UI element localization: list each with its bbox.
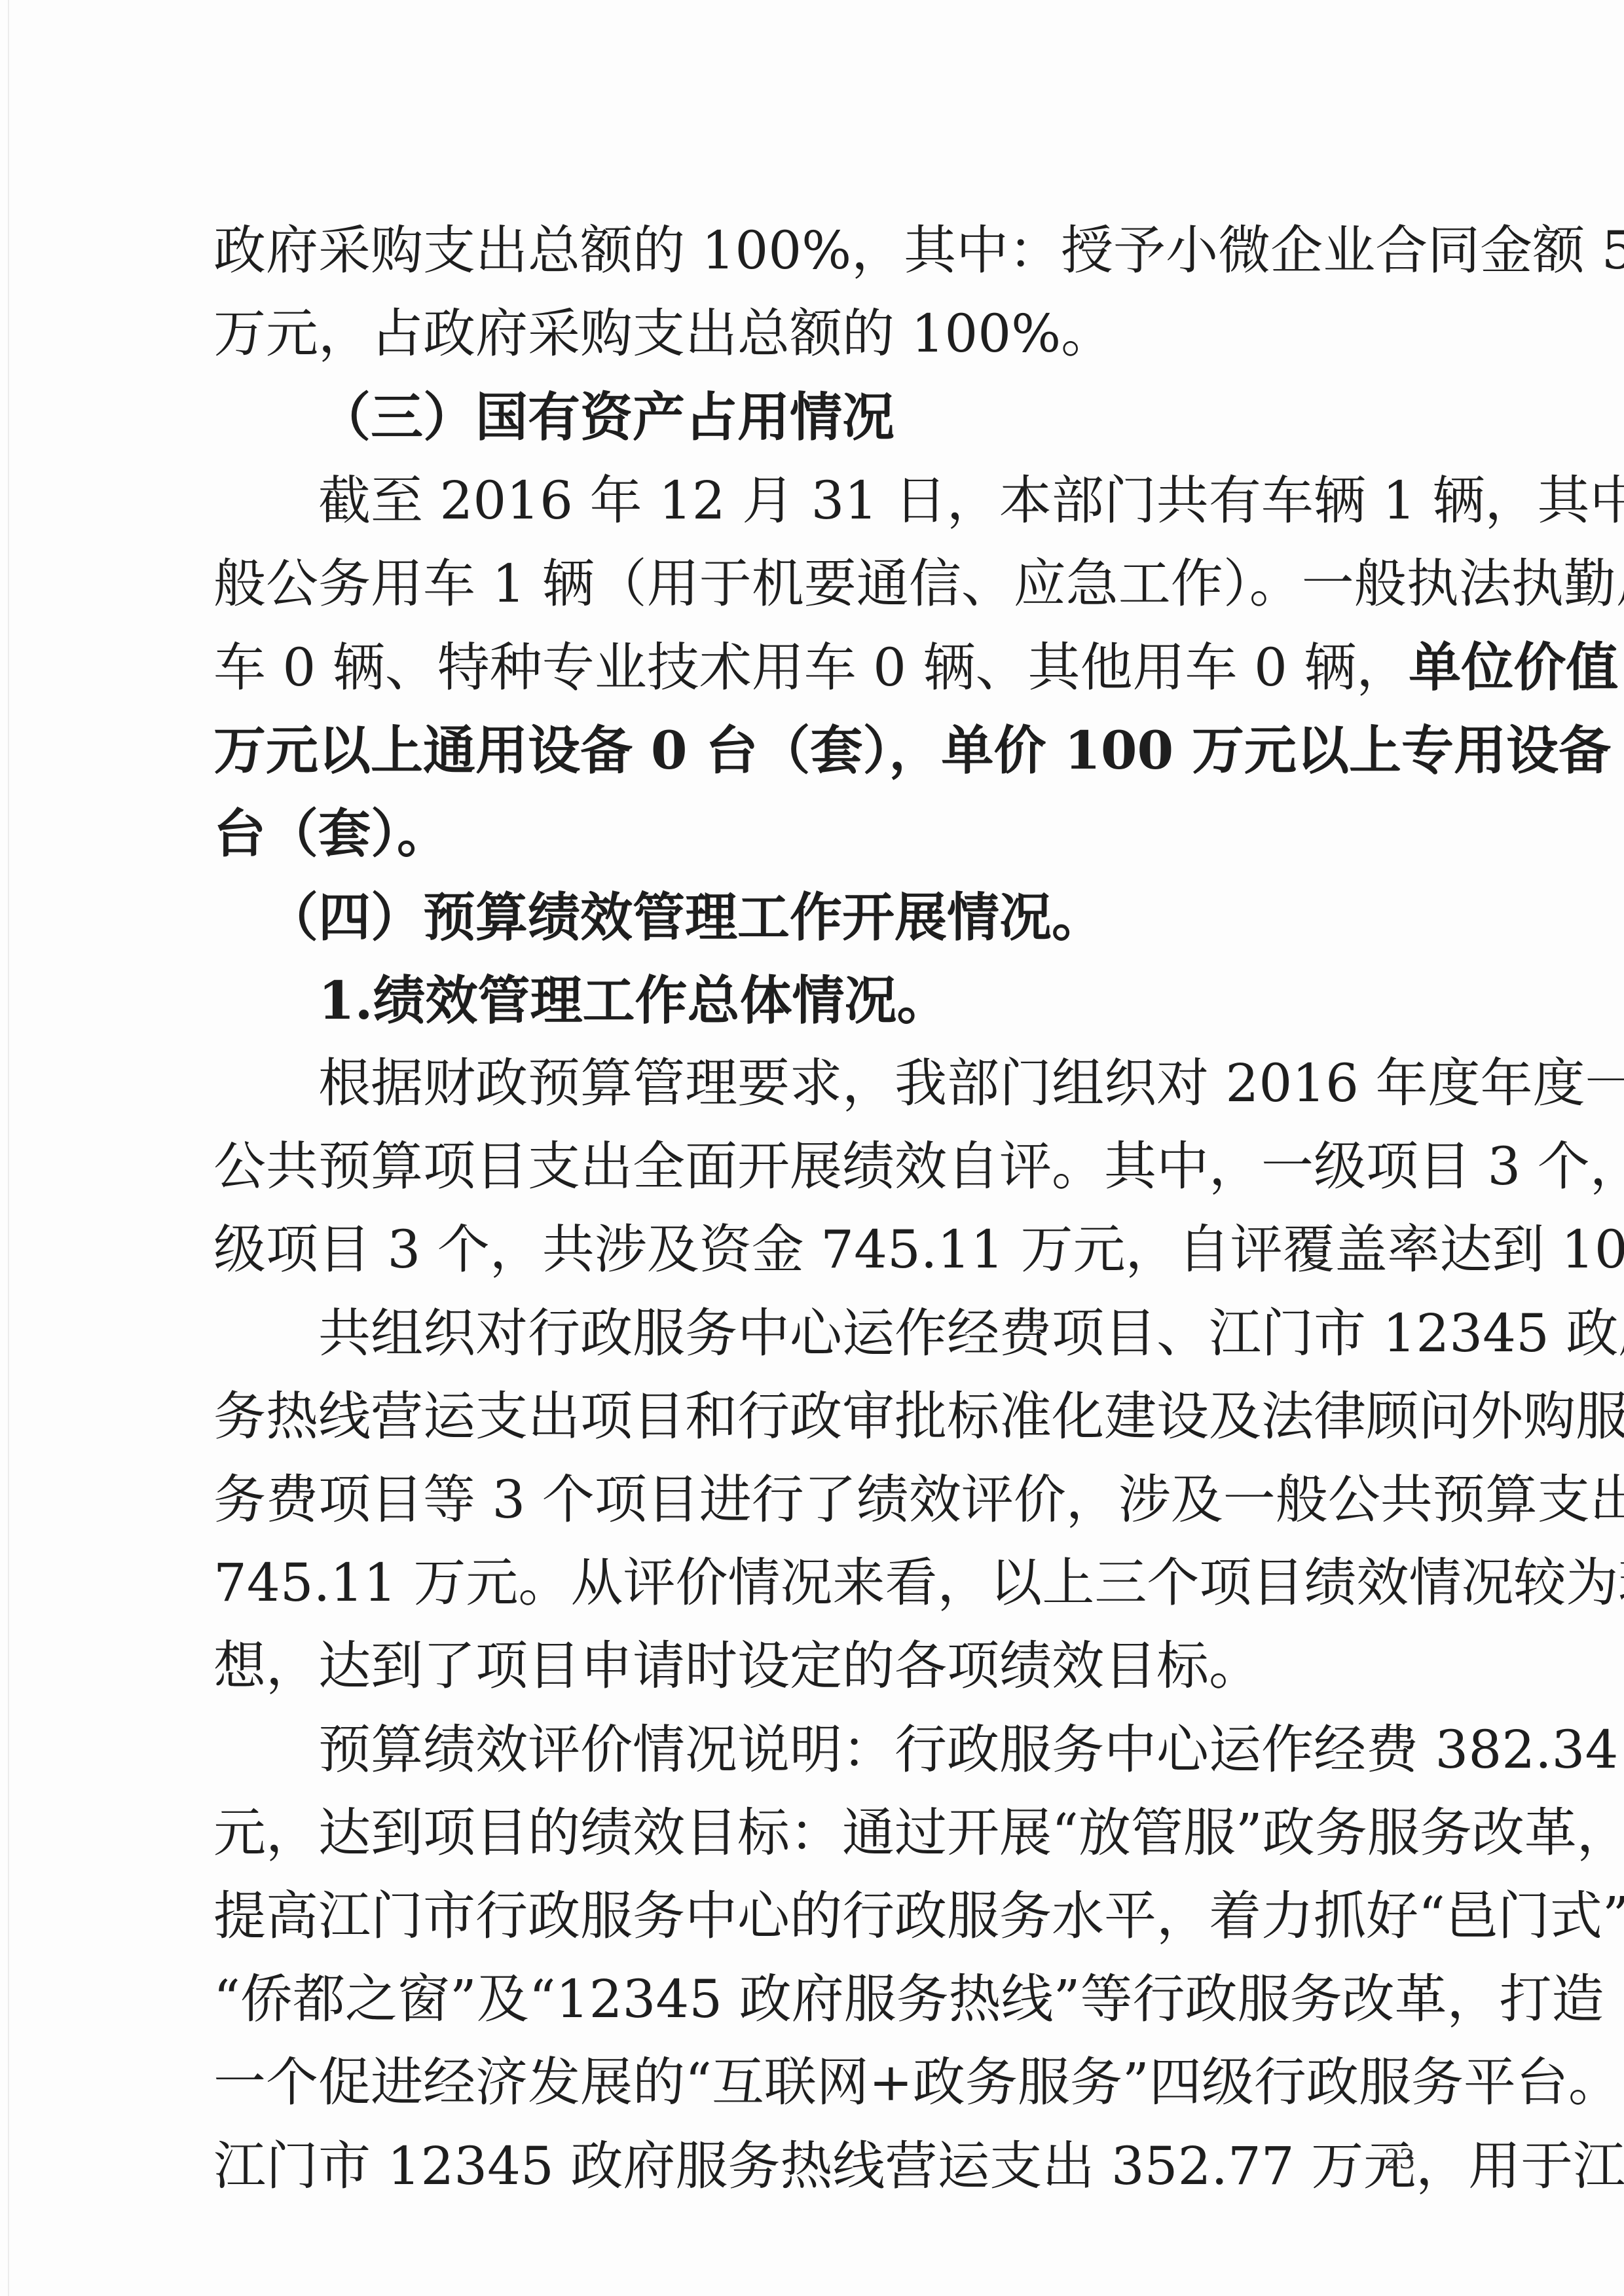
bold-text-segment: 单位价值 50 bbox=[1409, 636, 1624, 698]
text-segment: 根据财政预算管理要求，我部门组织对 2016 年度年度一般 bbox=[318, 1053, 1624, 1114]
text-segment: 745.11 万元。从评价情况来看，以上三个项目绩效情况较为理 bbox=[213, 1552, 1624, 1613]
text-line: 台（套）。 bbox=[213, 797, 1414, 869]
text-segment: 公共预算项目支出全面开展绩效自评。其中，一级项目 3 个，二 bbox=[213, 1136, 1624, 1197]
text-segment: 般公务用车 1 辆（用于机要通信、应急工作）。一般执法执勤用 bbox=[213, 553, 1624, 614]
text-line: 想，达到了项目申请时设定的各项绩效目标。 bbox=[213, 1630, 1414, 1702]
text-segment: 预算绩效评价情况说明：行政服务中心运作经费 382.34 万 bbox=[318, 1719, 1624, 1780]
text-line: 车 0 辆、特种专业技术用车 0 辆、其他用车 0 辆，单位价值 50 bbox=[213, 631, 1414, 703]
section-heading: （三）国有资产占用情况 bbox=[318, 381, 1414, 453]
section-heading: 1.绩效管理工作总体情况。 bbox=[318, 964, 1414, 1036]
text-segment: 提高江门市行政服务中心的行政服务水平，着力抓好“邑门式”、 bbox=[213, 1886, 1624, 1946]
text-segment: 想，达到了项目申请时设定的各项绩效目标。 bbox=[213, 1635, 1261, 1696]
section-heading: （四）预算绩效管理工作开展情况。 bbox=[266, 881, 1414, 953]
text-segment: 一个促进经济发展的“互联网+政务服务”四级行政服务平台。 bbox=[213, 2052, 1621, 2113]
text-segment: 政府采购支出总额的 100%，其中：授予小微企业合同金额 584.62 bbox=[213, 220, 1624, 281]
text-line: 公共预算项目支出全面开展绩效自评。其中，一级项目 3 个，二 bbox=[213, 1131, 1414, 1203]
bold-text-segment: （四）预算绩效管理工作开展情况。 bbox=[266, 886, 1104, 948]
document-page: 政府采购支出总额的 100%，其中：授予小微企业合同金额 584.62万元，占政… bbox=[0, 0, 1624, 2296]
text-line: 预算绩效评价情况说明：行政服务中心运作经费 382.34 万 bbox=[318, 1714, 1414, 1786]
text-segment: 务费项目等 3 个项目进行了绩效评价，涉及一般公共预算支出 bbox=[213, 1469, 1624, 1530]
text-line: 万元，占政府采购支出总额的 100%。 bbox=[213, 298, 1414, 370]
text-segment: 截至 2016 年 12 月 31 日，本部门共有车辆 1 辆，其中，一 bbox=[318, 470, 1624, 531]
text-segment: 车 0 辆、特种专业技术用车 0 辆、其他用车 0 辆， bbox=[213, 637, 1409, 698]
bold-text-segment: （三）国有资产占用情况 bbox=[318, 386, 895, 448]
text-line: 一个促进经济发展的“互联网+政务服务”四级行政服务平台。 bbox=[213, 2047, 1414, 2119]
text-line: 江门市 12345 政府服务热线营运支出 352.77 万元，用于江门市 bbox=[213, 2130, 1414, 2202]
text-line: 务费项目等 3 个项目进行了绩效评价，涉及一般公共预算支出 bbox=[213, 1464, 1414, 1536]
scan-edge-artifact bbox=[8, 0, 9, 2296]
text-line: 元，达到项目的绩效目标：通过开展“放管服”政务服务改革， bbox=[213, 1797, 1414, 1869]
text-line: 共组织对行政服务中心运作经费项目、江门市 12345 政府服 bbox=[318, 1298, 1414, 1370]
text-line: 截至 2016 年 12 月 31 日，本部门共有车辆 1 辆，其中，一 bbox=[318, 465, 1414, 537]
text-line: 根据财政预算管理要求，我部门组织对 2016 年度年度一般 bbox=[318, 1048, 1414, 1120]
bold-text-segment: 1.绩效管理工作总体情况。 bbox=[318, 970, 950, 1031]
text-segment: 务热线营运支出项目和行政审批标准化建设及法律顾问外购服 bbox=[213, 1386, 1624, 1447]
text-line: 务热线营运支出项目和行政审批标准化建设及法律顾问外购服 bbox=[213, 1381, 1414, 1453]
text-segment: 元，达到项目的绩效目标：通过开展“放管服”政务服务改革， bbox=[213, 1802, 1624, 1863]
text-line: 万元以上通用设备 0 台（套），单价 100 万元以上专用设备 0 bbox=[213, 714, 1414, 786]
text-line: 745.11 万元。从评价情况来看，以上三个项目绩效情况较为理 bbox=[213, 1547, 1414, 1619]
text-segment: 万元，占政府采购支出总额的 100%。 bbox=[213, 303, 1113, 364]
bold-text-segment: 万元以上通用设备 0 台（套），单价 100 万元以上专用设备 0 bbox=[213, 720, 1624, 781]
text-line: 般公务用车 1 辆（用于机要通信、应急工作）。一般执法执勤用 bbox=[213, 548, 1414, 620]
text-line: 提高江门市行政服务中心的行政服务水平，着力抓好“邑门式”、 bbox=[213, 1880, 1414, 1952]
text-segment: 共组织对行政服务中心运作经费项目、江门市 12345 政府服 bbox=[318, 1303, 1624, 1364]
page-number: 23 bbox=[1375, 2141, 1414, 2176]
text-segment: 级项目 3 个，共涉及资金 745.11 万元，自评覆盖率达到 100%。 bbox=[213, 1219, 1624, 1280]
text-segment: “侨都之窗”及“12345 政府服务热线”等行政服务改革，打造 bbox=[213, 1969, 1604, 2030]
text-line: 级项目 3 个，共涉及资金 745.11 万元，自评覆盖率达到 100%。 bbox=[213, 1214, 1414, 1286]
text-line: “侨都之窗”及“12345 政府服务热线”等行政服务改革，打造 bbox=[213, 1963, 1414, 2035]
text-line: 政府采购支出总额的 100%，其中：授予小微企业合同金额 584.62 bbox=[213, 215, 1414, 287]
bold-text-segment: 台（套）。 bbox=[213, 803, 449, 864]
